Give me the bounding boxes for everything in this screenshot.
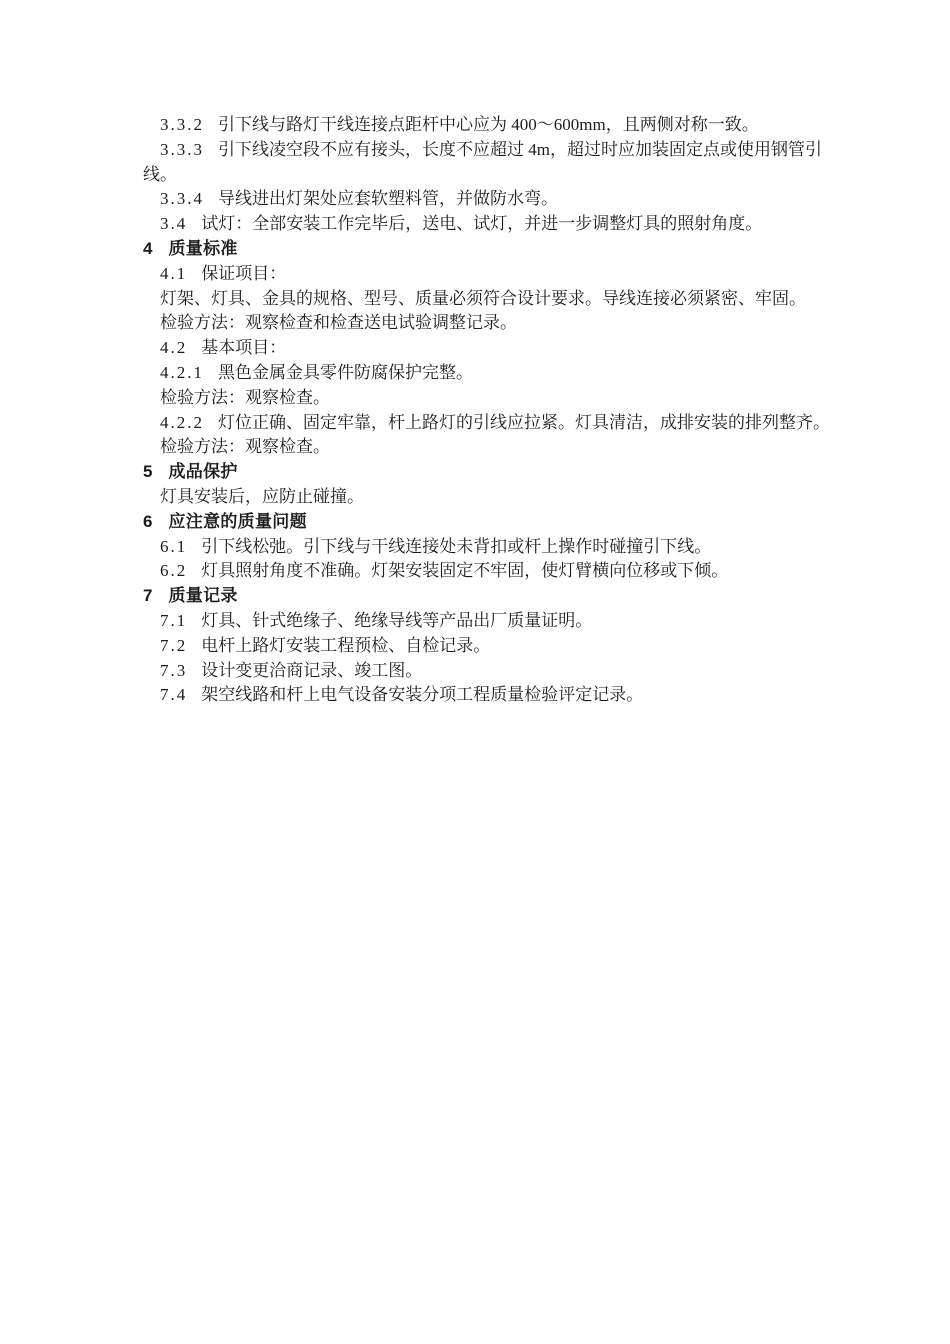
doc-line: 6.2灯具照射角度不准确。灯架安装固定不牢固，使灯臂横向位移或下倾。 [143,559,883,584]
document-body: 3.3.2引下线与路灯干线连接点距杆中心应为 400～600mm，且两侧对称一致… [143,113,883,708]
section-heading: 6应注意的质量问题 [143,510,883,535]
clause-text: 架空线路和杆上电气设备安装分项工程质量检验评定记录。 [201,685,643,704]
clause-number: 7 [143,586,154,605]
doc-line: 3.3.3引下线凌空段不应有接头，长度不应超过 4m，超过时应加装固定点或使用钢… [143,138,883,163]
doc-line: 检验方法：观察检查和检查送电试验调整记录。 [143,311,883,336]
clause-text: 灯具安装后，应防止碰撞。 [160,487,364,506]
clause-text: 引下线松弛。引下线与干线连接处未背扣或杆上操作时碰撞引下线。 [201,537,711,556]
doc-line: 灯架、灯具、金具的规格、型号、质量必须符合设计要求。导线连接必须紧密、牢固。 [143,287,883,312]
clause-text: 黑色金属金具零件防腐保护完整。 [218,363,473,382]
clause-number: 3.4 [160,214,187,233]
clause-number: 3.3.3 [160,140,204,159]
clause-number: 4 [143,239,154,258]
doc-line: 灯具安装后，应防止碰撞。 [143,485,883,510]
doc-line: 4.2.2灯位正确、固定牢靠，杆上路灯的引线应拉紧。灯具清洁，成排安装的排列整齐… [143,411,883,436]
clause-text: 灯具照射角度不准确。灯架安装固定不牢固，使灯臂横向位移或下倾。 [201,561,728,580]
clause-number: 3.3.2 [160,115,204,134]
doc-line: 6.1引下线松弛。引下线与干线连接处未背扣或杆上操作时碰撞引下线。 [143,535,883,560]
doc-line: 7.2电杆上路灯安装工程预检、自检记录。 [143,634,883,659]
clause-text: 基本项目： [201,338,286,357]
section-heading: 7质量记录 [143,584,883,609]
clause-number: 4.1 [160,264,187,283]
document-page: 3.3.2引下线与路灯干线连接点距杆中心应为 400～600mm，且两侧对称一致… [0,0,950,1344]
clause-number: 4.2.2 [160,413,204,432]
clause-number: 5 [143,462,154,481]
section-heading: 5成品保护 [143,460,883,485]
clause-text: 试灯：全部安装工作完毕后，送电、试灯，并进一步调整灯具的照射角度。 [201,214,762,233]
clause-text: 质量记录 [168,586,237,605]
doc-line: 3.3.4导线进出灯架处应套软塑料管，并做防水弯。 [143,187,883,212]
clause-number: 4.2 [160,338,187,357]
clause-number: 6.1 [160,537,187,556]
clause-number: 3.3.4 [160,189,204,208]
clause-text: 电杆上路灯安装工程预检、自检记录。 [201,636,490,655]
clause-text: 灯具、针式绝缘子、绝缘导线等产品出厂质量证明。 [201,611,592,630]
clause-text: 灯架、灯具、金具的规格、型号、质量必须符合设计要求。导线连接必须紧密、牢固。 [160,289,806,308]
clause-text: 检验方法：观察检查。 [160,388,330,407]
clause-text: 检验方法：观察检查和检查送电试验调整记录。 [160,313,517,332]
section-heading: 4质量标准 [143,237,883,262]
doc-line: 4.2基本项目： [143,336,883,361]
clause-text: 线。 [143,165,177,184]
doc-line: 检验方法：观察检查。 [143,435,883,460]
clause-number: 7.1 [160,611,187,630]
doc-line: 检验方法：观察检查。 [143,386,883,411]
clause-text: 保证项目： [201,264,286,283]
clause-text: 设计变更洽商记录、竣工图。 [201,661,422,680]
clause-number: 4.2.1 [160,363,204,382]
doc-line: 3.3.2引下线与路灯干线连接点距杆中心应为 400～600mm，且两侧对称一致… [143,113,883,138]
clause-text: 检验方法：观察检查。 [160,437,330,456]
doc-line: 7.3设计变更洽商记录、竣工图。 [143,659,883,684]
clause-text: 应注意的质量问题 [168,512,306,531]
clause-number: 6 [143,512,154,531]
clause-text: 引下线凌空段不应有接头，长度不应超过 4m，超过时应加装固定点或使用钢管引 [218,140,822,159]
doc-line: 7.1灯具、针式绝缘子、绝缘导线等产品出厂质量证明。 [143,609,883,634]
clause-number: 7.3 [160,661,187,680]
doc-line: 3.4试灯：全部安装工作完毕后，送电、试灯，并进一步调整灯具的照射角度。 [143,212,883,237]
clause-number: 6.2 [160,561,187,580]
doc-line: 7.4架空线路和杆上电气设备安装分项工程质量检验评定记录。 [143,683,883,708]
clause-text: 导线进出灯架处应套软塑料管，并做防水弯。 [218,189,558,208]
clause-text: 成品保护 [168,462,237,481]
clause-number: 7.4 [160,685,187,704]
clause-text: 引下线与路灯干线连接点距杆中心应为 400～600mm，且两侧对称一致。 [218,115,759,134]
clause-number: 7.2 [160,636,187,655]
doc-line: 线。 [143,163,883,188]
clause-text: 灯位正确、固定牢靠，杆上路灯的引线应拉紧。灯具清洁，成排安装的排列整齐。 [218,413,830,432]
doc-line: 4.2.1黑色金属金具零件防腐保护完整。 [143,361,883,386]
clause-text: 质量标准 [168,239,237,258]
doc-line: 4.1保证项目： [143,262,883,287]
